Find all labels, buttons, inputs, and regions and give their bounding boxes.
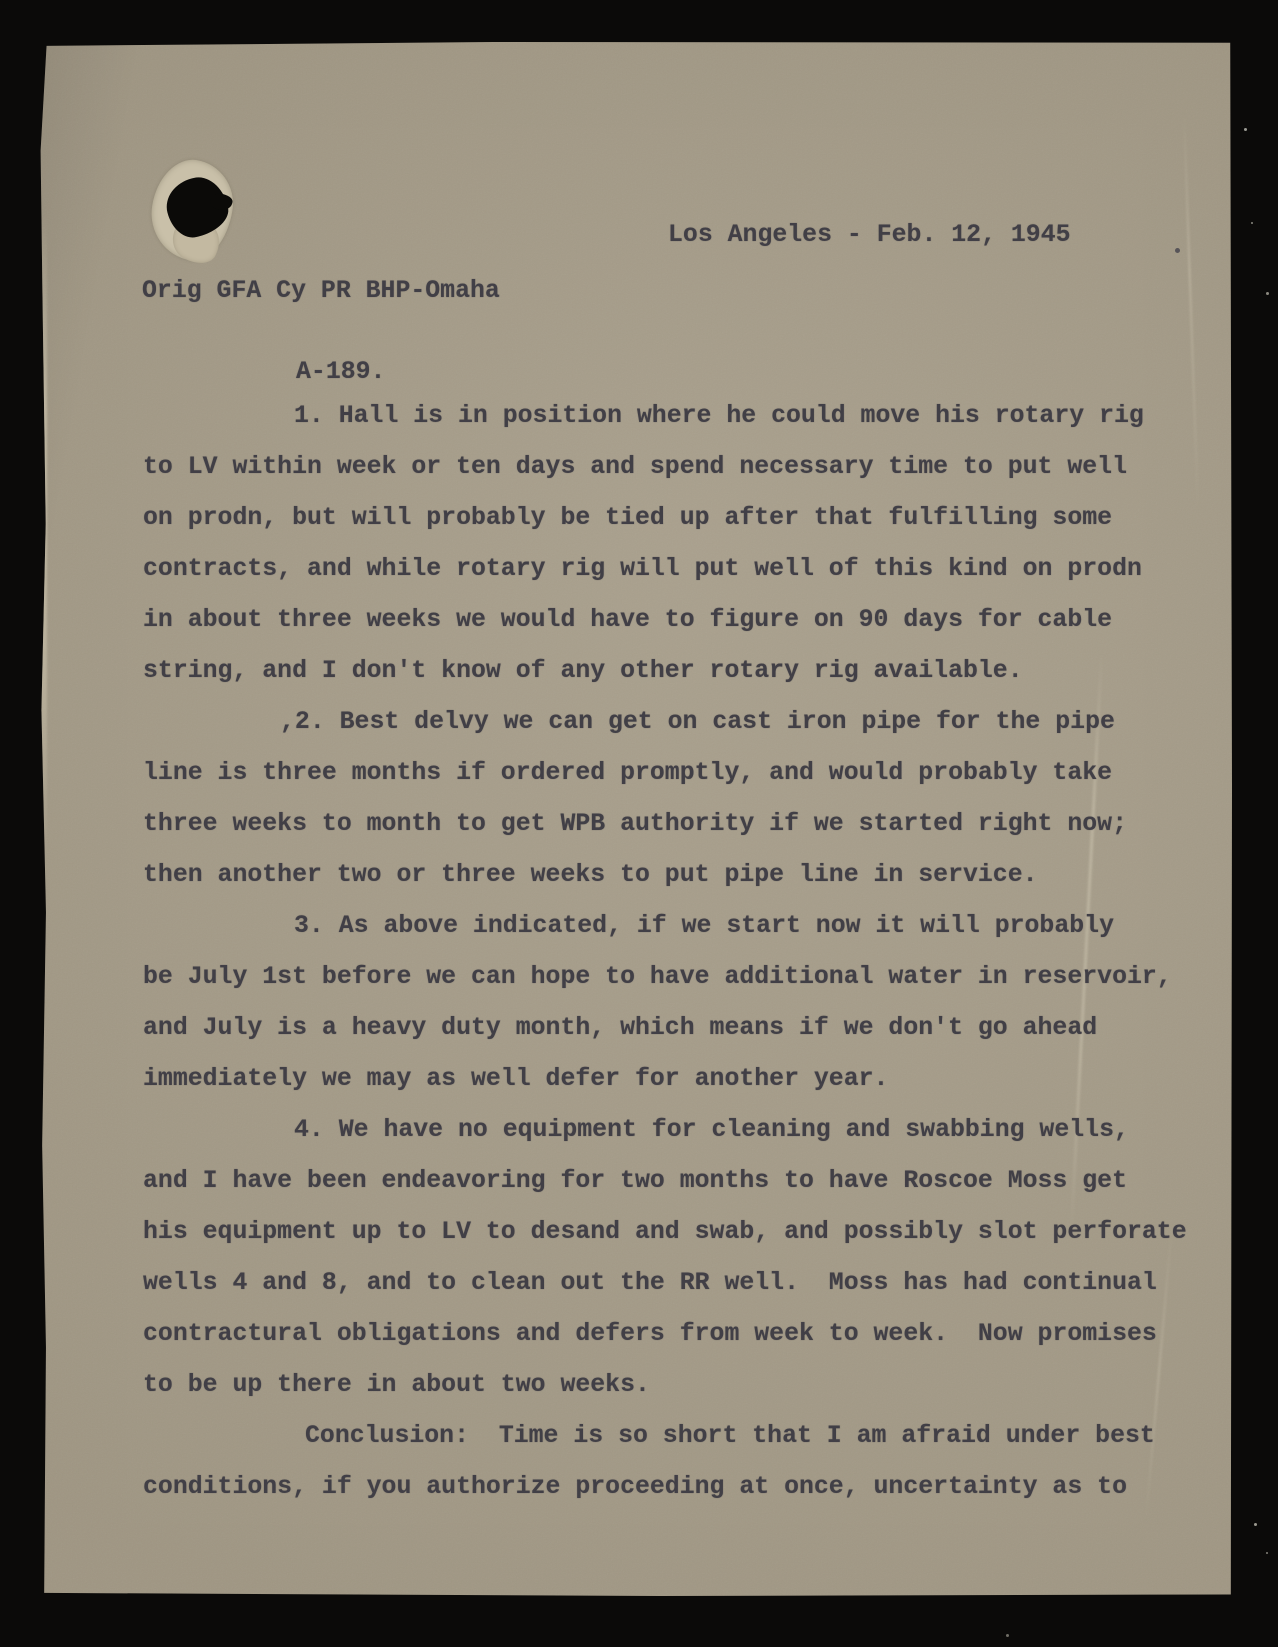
letter-line: in about three weeks we would have to fi…: [143, 606, 1112, 634]
letter-line: to LV within week or ten days and spend …: [143, 453, 1127, 481]
letter-line: wells 4 and 8, and to clean out the RR w…: [143, 1269, 1157, 1297]
dust-speck: [1266, 292, 1269, 295]
paper-crease: [1183, 112, 1199, 512]
letter-line: 3. As above indicated, if we start now i…: [143, 912, 1114, 940]
letter-line: and July is a heavy duty month, which me…: [143, 1014, 1097, 1042]
letter-line: conditions, if you authorize proceeding …: [143, 1473, 1127, 1501]
letter-line: on prodn, but will probably be tied up a…: [143, 504, 1112, 532]
distribution-line: Orig GFA Cy PR BHP-Omaha: [142, 277, 500, 305]
letter-line: contractural obligations and defers from…: [143, 1320, 1157, 1348]
letter-line: be July 1st before we can hope to have a…: [143, 963, 1172, 991]
stray-ink-dot: [1175, 248, 1180, 253]
paper-sheet: Los Angeles - Feb. 12, 1945 Orig GFA Cy …: [40, 42, 1232, 1596]
letter-line: string, and I don't know of any other ro…: [143, 657, 1023, 685]
dust-speck: [1244, 128, 1247, 131]
dust-speck: [1006, 1634, 1009, 1637]
letter-line: line is three months if ordered promptly…: [143, 759, 1112, 787]
letter-line: 4. We have no equipment for cleaning and…: [143, 1116, 1129, 1144]
paper-crease: [1145, 1222, 1173, 1521]
dateline: Los Angeles - Feb. 12, 1945: [668, 221, 1071, 249]
dust-speck: [1251, 222, 1253, 224]
reference-number: A-189.: [296, 358, 385, 386]
letter-line: his equipment up to LV to desand and swa…: [143, 1218, 1187, 1246]
paper-crease: [1070, 652, 1103, 1231]
letter-line: Conclusion: Time is so short that I am a…: [143, 1422, 1155, 1450]
letter-line: ,2. Best delvy we can get on cast iron p…: [143, 708, 1115, 736]
letter-line: then another two or three weeks to put p…: [143, 861, 1038, 889]
dust-speck: [1254, 1523, 1257, 1526]
dust-speck: [1266, 1552, 1268, 1554]
letter-line: 1. Hall is in position where he could mo…: [143, 402, 1144, 430]
letter-line: to be up there in about two weeks.: [143, 1371, 650, 1399]
letter-line: three weeks to month to get WPB authorit…: [143, 810, 1127, 838]
letter-line: and I have been endeavoring for two mont…: [143, 1167, 1127, 1195]
letter-line: contracts, and while rotary rig will put…: [143, 555, 1142, 583]
letter-line: immediately we may as well defer for ano…: [143, 1065, 888, 1093]
